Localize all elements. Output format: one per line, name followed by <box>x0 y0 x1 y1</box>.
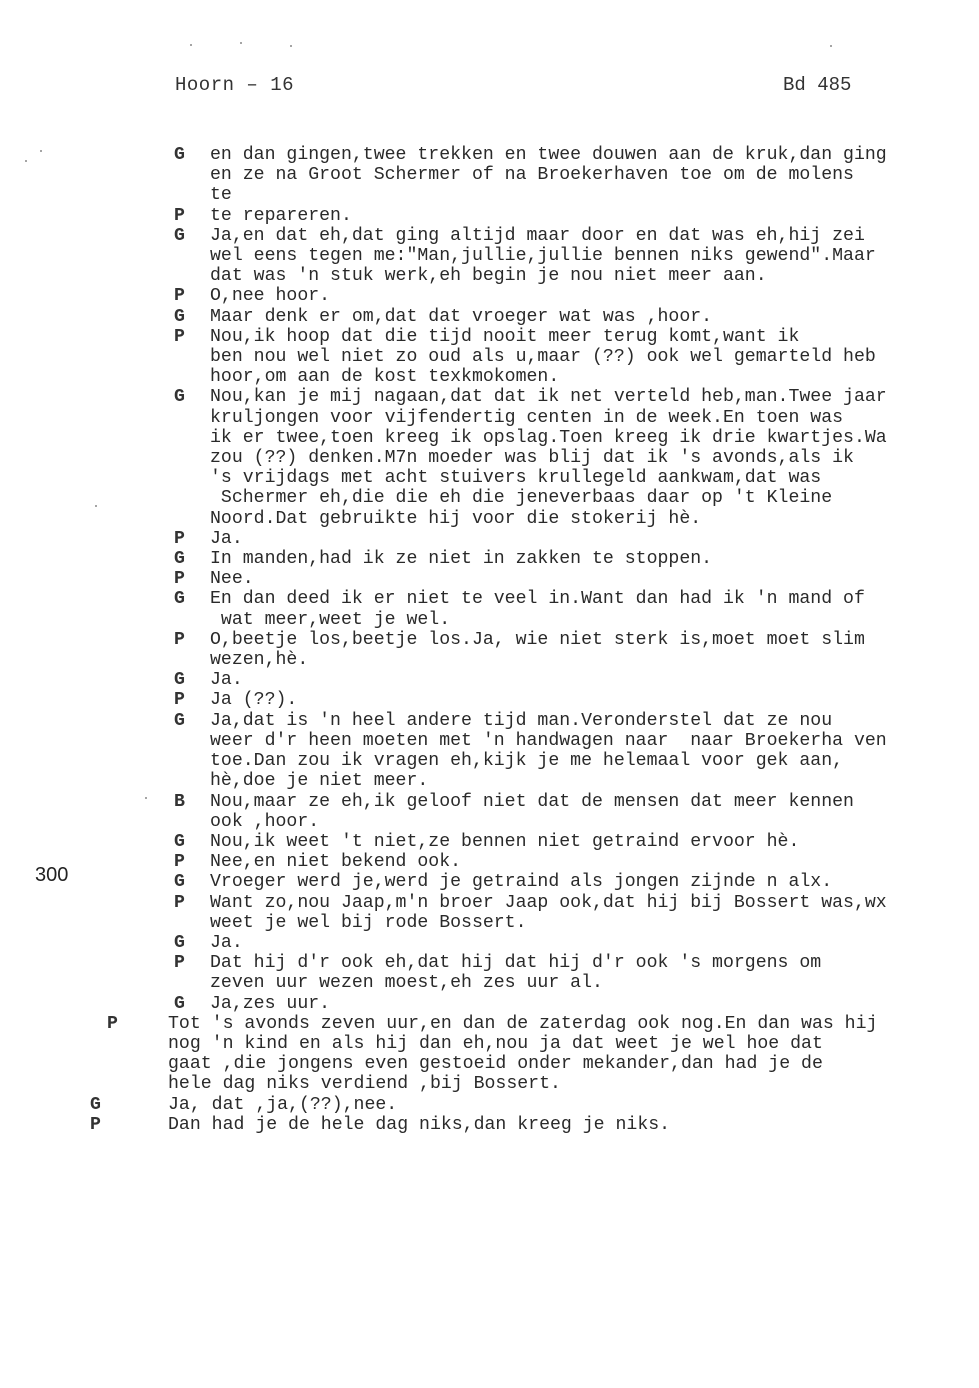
transcript-line: En dan deed ik er niet te veel in.Want d… <box>210 589 979 609</box>
speaker-label: G <box>174 226 204 246</box>
turn-text: en dan gingen,twee trekken en twee douwe… <box>210 145 979 206</box>
turn-text: Dat hij d'r ook eh,dat hij dat hij d'r o… <box>210 953 979 993</box>
speaker-label: P <box>174 893 204 913</box>
transcript-turn: PO,nee hoor. <box>0 286 979 306</box>
turn-text: Nou,ik weet 't niet,ze bennen niet getra… <box>210 832 979 852</box>
turn-text: Ja,en dat eh,dat ging altijd maar door e… <box>210 226 979 287</box>
transcript-line: zou (??) denken.M7n moeder was blij dat … <box>210 448 979 468</box>
transcript-line: Nou,maar ze eh,ik geloof niet dat de men… <box>210 792 979 812</box>
speaker-label: P <box>174 953 204 973</box>
speaker-label: G <box>174 994 204 1014</box>
speaker-label: G <box>90 1095 120 1115</box>
transcript-line: weet je wel bij rode Bossert. <box>210 913 979 933</box>
speaker-label: G <box>174 711 204 731</box>
speaker-label: P <box>174 690 204 710</box>
speaker-label: P <box>174 569 204 589</box>
turn-text: te repareren. <box>210 206 979 226</box>
transcript-turn: GVroeger werd je,werd je getraind als jo… <box>0 872 979 892</box>
transcript-line: toe.Dan zou ik vragen eh,kijk je me hele… <box>210 751 979 771</box>
turn-text: En dan deed ik er niet te veel in.Want d… <box>210 589 979 629</box>
transcript-line: Dan had je de hele dag niks,dan kreeg je… <box>168 1115 979 1135</box>
turn-text: Tot 's avonds zeven uur,en dan de zaterd… <box>168 1014 979 1095</box>
speaker-label: P <box>107 1014 137 1034</box>
transcript-line: Noord.Dat gebruikte hij voor die stokeri… <box>210 509 979 529</box>
transcript-turn: PTot 's avonds zeven uur,en dan de zater… <box>0 1014 979 1095</box>
transcript-line: hele dag niks verdiend ,bij Bossert. <box>168 1074 979 1094</box>
turn-text: O,nee hoor. <box>210 286 979 306</box>
speaker-label: G <box>174 832 204 852</box>
turn-text: O,beetje los,beetje los.Ja, wie niet ste… <box>210 630 979 670</box>
scan-speck <box>830 45 832 47</box>
transcript-turn: Pte repareren. <box>0 206 979 226</box>
transcript-line: weer d'r heen moeten met 'n handwagen na… <box>210 731 979 751</box>
scan-speck <box>190 44 192 46</box>
transcript-turn: GJa,en dat eh,dat ging altijd maar door … <box>0 226 979 287</box>
turn-text: Ja. <box>210 670 979 690</box>
transcript-line: O,beetje los,beetje los.Ja, wie niet ste… <box>210 630 979 650</box>
speaker-label: P <box>174 327 204 347</box>
transcript-line: te repareren. <box>210 206 979 226</box>
scan-speck <box>240 42 242 44</box>
speaker-label: G <box>174 670 204 690</box>
turn-text: Ja, dat ,ja,(??),nee. <box>168 1095 979 1115</box>
transcript-line: Schermer eh,die die eh die jeneverbaas d… <box>210 488 979 508</box>
page-header-volume: Bd 485 <box>783 74 851 96</box>
transcript-turn: GNou,kan je mij nagaan,dat dat ik net ve… <box>0 387 979 528</box>
transcript-line: 's vrijdags met acht stuivers krullegeld… <box>210 468 979 488</box>
transcript-turn: PNee,en niet bekend ook. <box>0 852 979 872</box>
turn-text: Want zo,nou Jaap,m'n broer Jaap ook,dat … <box>210 893 979 933</box>
transcript-turn: GJa. <box>0 670 979 690</box>
transcript-line: Tot 's avonds zeven uur,en dan de zaterd… <box>168 1014 979 1034</box>
transcript-line: wel eens tegen me:"Man,jullie,jullie ben… <box>210 246 979 266</box>
scan-speck <box>25 160 27 162</box>
speaker-label: B <box>174 792 204 812</box>
transcript-turn: PWant zo,nou Jaap,m'n broer Jaap ook,dat… <box>0 893 979 933</box>
transcript-line: wezen,hè. <box>210 650 979 670</box>
transcript-line: Ja,zes uur. <box>210 994 979 1014</box>
speaker-label: G <box>174 549 204 569</box>
transcript-turn: GNou,ik weet 't niet,ze bennen niet getr… <box>0 832 979 852</box>
turn-text: Vroeger werd je,werd je getraind als jon… <box>210 872 979 892</box>
transcript-line: Ja,en dat eh,dat ging altijd maar door e… <box>210 226 979 246</box>
speaker-label: G <box>174 589 204 609</box>
transcript-line: Ja. <box>210 670 979 690</box>
transcript-line: Nee,en niet bekend ook. <box>210 852 979 872</box>
transcript-line: Nou,ik hoop dat die tijd nooit meer teru… <box>210 327 979 347</box>
transcript-turn: GJa. <box>0 933 979 953</box>
scan-speck <box>290 45 292 47</box>
transcript-line: Want zo,nou Jaap,m'n broer Jaap ook,dat … <box>210 893 979 913</box>
scan-speck <box>145 797 147 799</box>
transcript-line: nog 'n kind en als hij dan eh,nou ja dat… <box>168 1034 979 1054</box>
transcript-line: Ja,dat is 'n heel andere tijd man.Verond… <box>210 711 979 731</box>
turn-text: Ja,zes uur. <box>210 994 979 1014</box>
transcript-line: Vroeger werd je,werd je getraind als jon… <box>210 872 979 892</box>
transcript-line: ben nou wel niet zo oud als u,maar (??) … <box>210 347 979 367</box>
turn-text: Ja. <box>210 933 979 953</box>
transcript-turn: PNee. <box>0 569 979 589</box>
transcript-line: Nou,kan je mij nagaan,dat dat ik net ver… <box>210 387 979 407</box>
transcript-turn: PJa (??). <box>0 690 979 710</box>
transcript-line: Nou,ik weet 't niet,ze bennen niet getra… <box>210 832 979 852</box>
transcript-line: te <box>210 185 979 205</box>
speaker-label: G <box>174 307 204 327</box>
transcript-line: en ze na Groot Schermer of na Broekerhav… <box>210 165 979 185</box>
transcript-line: zeven uur wezen moest,eh zes uur al. <box>210 973 979 993</box>
speaker-label: P <box>174 630 204 650</box>
transcript-body: Gen dan gingen,twee trekken en twee douw… <box>0 145 979 1135</box>
transcript-line: hoor,om aan de kost texkmokomen. <box>210 367 979 387</box>
transcript-line: kruljongen voor vijfendertig centen in d… <box>210 408 979 428</box>
transcript-line: Dat hij d'r ook eh,dat hij dat hij d'r o… <box>210 953 979 973</box>
turn-text: Nee,en niet bekend ook. <box>210 852 979 872</box>
speaker-label: P <box>174 286 204 306</box>
turn-text: Nee. <box>210 569 979 589</box>
speaker-label: P <box>174 206 204 226</box>
transcript-line: Nee. <box>210 569 979 589</box>
transcript-turn: PJa. <box>0 529 979 549</box>
turn-text: In manden,had ik ze niet in zakken te st… <box>210 549 979 569</box>
page-header-location: Hoorn – 16 <box>175 74 294 96</box>
turn-text: Nou,ik hoop dat die tijd nooit meer teru… <box>210 327 979 388</box>
transcript-turn: PNou,ik hoop dat die tijd nooit meer ter… <box>0 327 979 388</box>
transcript-turn: GMaar denk er om,dat dat vroeger wat was… <box>0 307 979 327</box>
transcript-line: ook ,hoor. <box>210 812 979 832</box>
transcript-turn: GIn manden,had ik ze niet in zakken te s… <box>0 549 979 569</box>
transcript-turn: GJa, dat ,ja,(??),nee. <box>0 1095 979 1115</box>
transcript-line: Ja. <box>210 529 979 549</box>
speaker-label: G <box>174 872 204 892</box>
transcript-line: en dan gingen,twee trekken en twee douwe… <box>210 145 979 165</box>
transcript-turn: Gen dan gingen,twee trekken en twee douw… <box>0 145 979 206</box>
transcript-line: dat was 'n stuk werk,eh begin je nou nie… <box>210 266 979 286</box>
speaker-label: P <box>174 529 204 549</box>
turn-text: Maar denk er om,dat dat vroeger wat was … <box>210 307 979 327</box>
transcript-line: hè,doe je niet meer. <box>210 771 979 791</box>
turn-text: Dan had je de hele dag niks,dan kreeg je… <box>168 1115 979 1135</box>
transcript-turn: GJa,dat is 'n heel andere tijd man.Veron… <box>0 711 979 792</box>
turn-text: Nou,kan je mij nagaan,dat dat ik net ver… <box>210 387 979 528</box>
typewritten-transcript-page: Hoorn – 16 Bd 485 300 Gen dan gingen,twe… <box>0 0 979 1388</box>
turn-text: Ja (??). <box>210 690 979 710</box>
turn-text: Ja. <box>210 529 979 549</box>
turn-text: Nou,maar ze eh,ik geloof niet dat de men… <box>210 792 979 832</box>
transcript-line: In manden,had ik ze niet in zakken te st… <box>210 549 979 569</box>
transcript-turn: GEn dan deed ik er niet te veel in.Want … <box>0 589 979 629</box>
speaker-label: P <box>90 1115 120 1135</box>
transcript-turn: PO,beetje los,beetje los.Ja, wie niet st… <box>0 630 979 670</box>
transcript-line: gaat ,die jongens even gestoeid onder me… <box>168 1054 979 1074</box>
transcript-line: Ja (??). <box>210 690 979 710</box>
scan-speck <box>95 505 97 507</box>
scan-speck <box>40 150 42 152</box>
speaker-label: G <box>174 933 204 953</box>
transcript-line: O,nee hoor. <box>210 286 979 306</box>
transcript-turn: PDan had je de hele dag niks,dan kreeg j… <box>0 1115 979 1135</box>
transcript-line: ik er twee,toen kreeg ik opslag.Toen kre… <box>210 428 979 448</box>
speaker-label: P <box>174 852 204 872</box>
turn-text: Ja,dat is 'n heel andere tijd man.Verond… <box>210 711 979 792</box>
transcript-line: Maar denk er om,dat dat vroeger wat was … <box>210 307 979 327</box>
speaker-label: G <box>174 387 204 407</box>
transcript-turn: PDat hij d'r ook eh,dat hij dat hij d'r … <box>0 953 979 993</box>
transcript-line: wat meer,weet je wel. <box>210 610 979 630</box>
transcript-turn: GJa,zes uur. <box>0 994 979 1014</box>
transcript-line: Ja, dat ,ja,(??),nee. <box>168 1095 979 1115</box>
speaker-label: G <box>174 145 204 165</box>
transcript-line: Ja. <box>210 933 979 953</box>
